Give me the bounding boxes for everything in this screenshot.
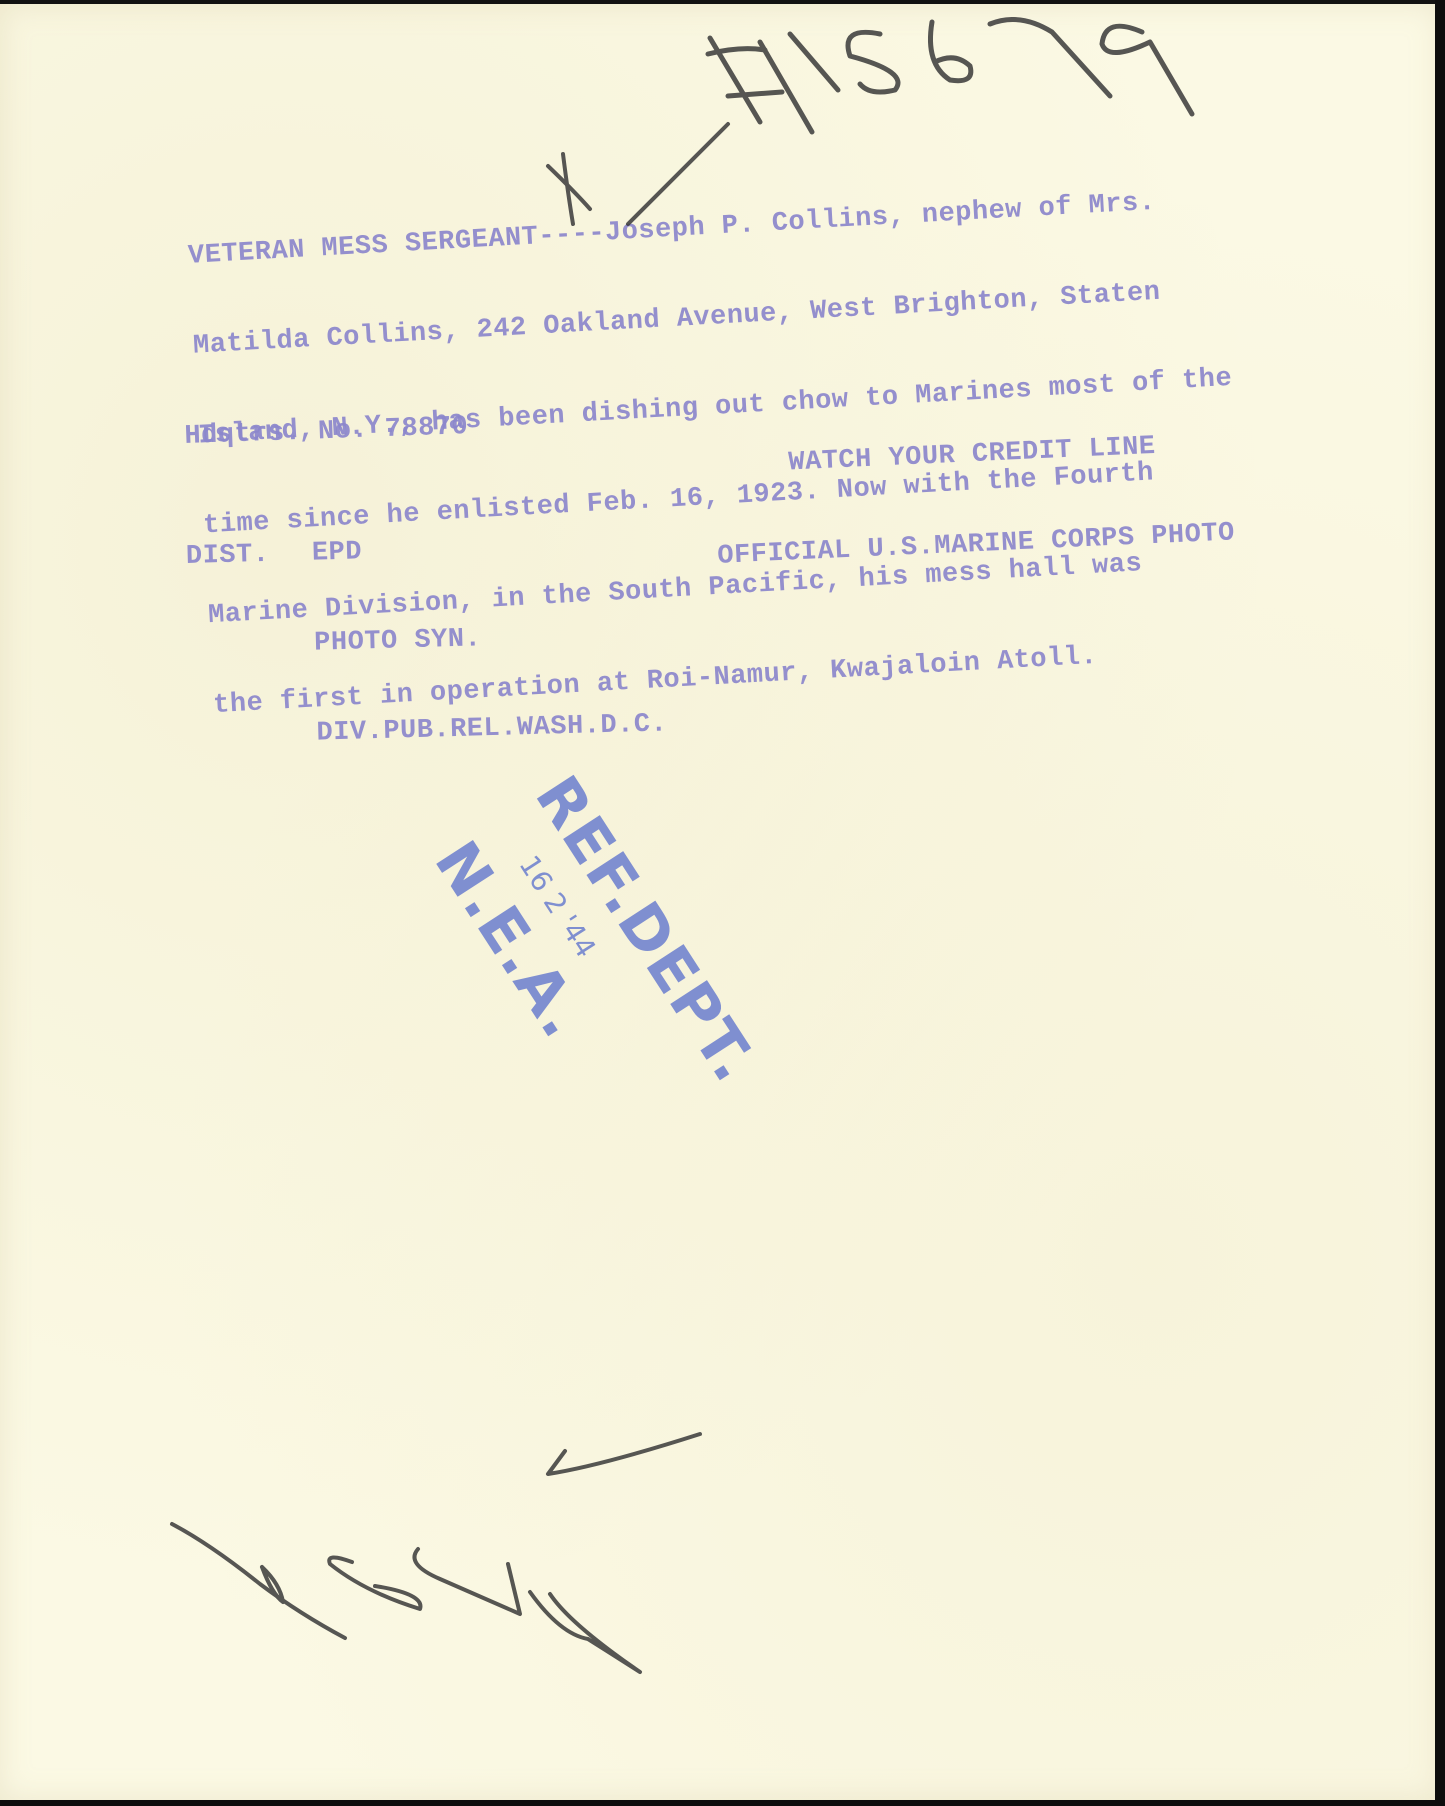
pencil-markings: [0, 4, 1440, 1800]
checkmark-icon: [548, 1434, 700, 1474]
handwritten-number-15679: [708, 20, 1192, 133]
scan-border-right: [1435, 0, 1445, 1806]
document-page: VETERAN MESS SERGEANT----Joseph P. Colli…: [0, 4, 1440, 1800]
handwritten-signature: [172, 1524, 640, 1672]
scan-border-bottom: [0, 1800, 1445, 1806]
x-mark: [548, 124, 728, 224]
